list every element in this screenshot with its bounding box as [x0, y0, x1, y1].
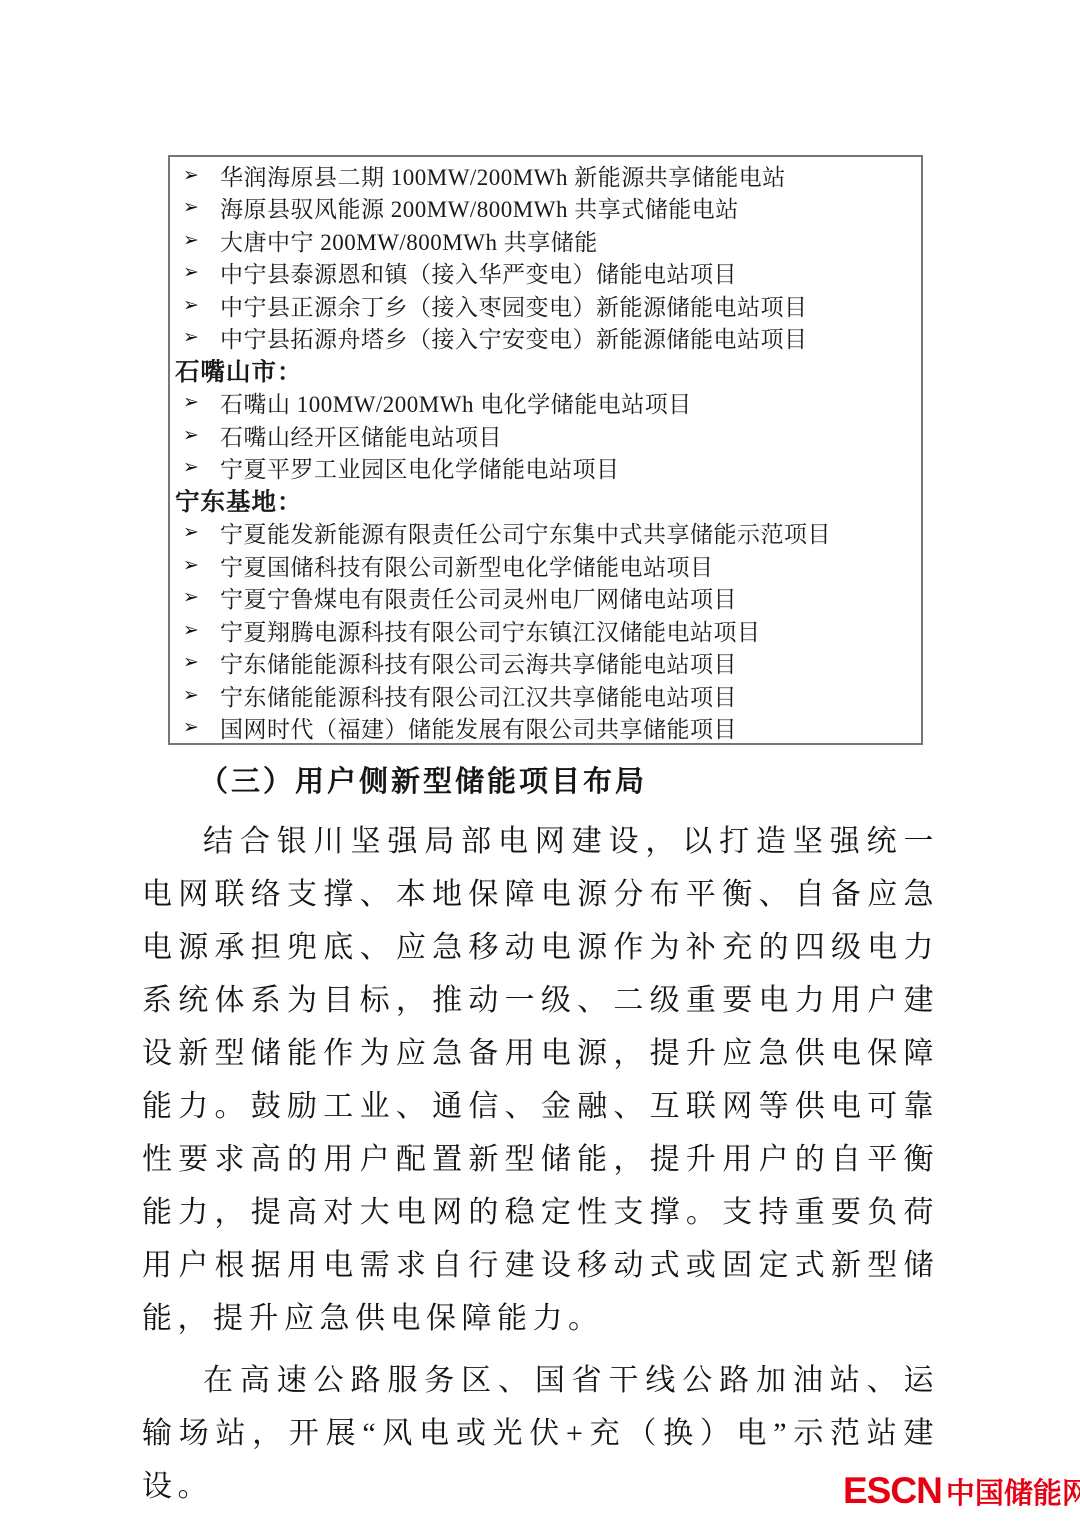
- arrow-bullet-icon: ➢: [183, 263, 220, 282]
- list-item-text: 宁夏宁鲁煤电有限责任公司灵州电厂网储电站项目: [220, 582, 737, 615]
- list-item: ➢ 宁东储能能源科技有限公司江汉共享储能电站项目: [170, 679, 921, 712]
- list-item: ➢ 宁夏国储科技有限公司新型电化学储能电站项目: [170, 549, 921, 582]
- arrow-bullet-icon: ➢: [183, 523, 220, 542]
- escn-logo-latin: ESCN: [843, 1472, 942, 1509]
- paragraph: 结合银川坚强局部电网建设，以打造坚强统一电网联络支撑、本地保障电源分布平衡、自备…: [142, 815, 939, 1345]
- list-item-text: 国网时代（福建）储能发展有限公司共享储能项目: [220, 712, 737, 745]
- list-item-text: 华润海原县二期 100MW/200MWh 新能源共享储能电站: [220, 159, 786, 192]
- arrow-bullet-icon: ➢: [183, 198, 220, 217]
- body-content: （三）用户侧新型储能项目布局 结合银川坚强局部电网建设，以打造坚强统一电网联络支…: [142, 757, 939, 1513]
- arrow-bullet-icon: ➢: [183, 426, 220, 445]
- list-item: ➢ 中宁县拓源舟塔乡（接入宁安变电）新能源储能电站项目: [170, 322, 921, 355]
- arrow-bullet-icon: ➢: [183, 393, 220, 412]
- project-list-box: ➢ 华润海原县二期 100MW/200MWh 新能源共享储能电站 ➢ 海原县驭风…: [168, 155, 923, 745]
- escn-logo-chinese: 中国储能网: [946, 1480, 1080, 1509]
- list-item-text: 宁夏平罗工业园区电化学储能电站项目: [220, 452, 620, 485]
- arrow-bullet-icon: ➢: [183, 458, 220, 477]
- arrow-bullet-icon: ➢: [183, 231, 220, 250]
- arrow-bullet-icon: ➢: [183, 653, 220, 672]
- escn-logo: ESCN 中国储能网: [843, 1472, 1080, 1509]
- list-item-text: 中宁县泰源恩和镇（接入华严变电）储能电站项目: [220, 257, 737, 290]
- list-item-text: 宁夏能发新能源有限责任公司宁东集中式共享储能示范项目: [220, 517, 831, 550]
- list-item: ➢ 宁夏翔腾电源科技有限公司宁东镇江汉储能电站项目: [170, 614, 921, 647]
- list-item-text: 宁东储能能源科技有限公司云海共享储能电站项目: [220, 647, 737, 680]
- arrow-bullet-icon: ➢: [183, 166, 220, 185]
- list-item: ➢ 石嘴山 100MW/200MWh 电化学储能电站项目: [170, 387, 921, 420]
- list-item: ➢ 中宁县正源余丁乡（接入枣园变电）新能源储能电站项目: [170, 289, 921, 322]
- section-heading: （三）用户侧新型储能项目布局: [142, 757, 939, 807]
- list-section-header-text: 石嘴山市：: [175, 354, 303, 387]
- arrow-bullet-icon: ➢: [183, 718, 220, 737]
- list-item-text: 海原县驭风能源 200MW/800MWh 共享式储能电站: [220, 192, 739, 225]
- list-item-text: 宁东储能能源科技有限公司江汉共享储能电站项目: [220, 679, 737, 712]
- list-item-text: 石嘴山 100MW/200MWh 电化学储能电站项目: [220, 387, 692, 420]
- list-section-header: 石嘴山市：: [170, 354, 921, 387]
- list-item: ➢ 宁夏能发新能源有限责任公司宁东集中式共享储能示范项目: [170, 517, 921, 550]
- arrow-bullet-icon: ➢: [183, 686, 220, 705]
- list-item: ➢ 国网时代（福建）储能发展有限公司共享储能项目: [170, 712, 921, 745]
- list-section-header: 宁东基地：: [170, 484, 921, 517]
- list-item: ➢ 华润海原县二期 100MW/200MWh 新能源共享储能电站: [170, 159, 921, 192]
- paragraph: 在高速公路服务区、国省干线公路加油站、运输场站，开展“风电或光伏+充（换）电”示…: [142, 1354, 939, 1513]
- list-item-text: 宁夏国储科技有限公司新型电化学储能电站项目: [220, 549, 714, 582]
- list-item: ➢ 大唐中宁 200MW/800MWh 共享储能: [170, 224, 921, 257]
- list-item-text: 大唐中宁 200MW/800MWh 共享储能: [220, 224, 598, 257]
- list-section-header-text: 宁东基地：: [175, 484, 303, 517]
- list-item: ➢ 石嘴山经开区储能电站项目: [170, 419, 921, 452]
- list-item: ➢ 宁东储能能源科技有限公司云海共享储能电站项目: [170, 647, 921, 680]
- list-item: ➢ 海原县驭风能源 200MW/800MWh 共享式储能电站: [170, 192, 921, 225]
- list-item: ➢ 宁夏平罗工业园区电化学储能电站项目: [170, 452, 921, 485]
- document-page: ➢ 华润海原县二期 100MW/200MWh 新能源共享储能电站 ➢ 海原县驭风…: [0, 0, 1080, 1527]
- arrow-bullet-icon: ➢: [183, 328, 220, 347]
- list-item: ➢ 宁夏宁鲁煤电有限责任公司灵州电厂网储电站项目: [170, 582, 921, 615]
- list-item-text: 石嘴山经开区储能电站项目: [220, 419, 502, 452]
- list-item-text: 中宁县正源余丁乡（接入枣园变电）新能源储能电站项目: [220, 289, 808, 322]
- list-item: ➢ 中宁县泰源恩和镇（接入华严变电）储能电站项目: [170, 257, 921, 290]
- arrow-bullet-icon: ➢: [183, 621, 220, 640]
- list-item-text: 宁夏翔腾电源科技有限公司宁东镇江汉储能电站项目: [220, 614, 761, 647]
- arrow-bullet-icon: ➢: [183, 296, 220, 315]
- list-item-text: 中宁县拓源舟塔乡（接入宁安变电）新能源储能电站项目: [220, 322, 808, 355]
- arrow-bullet-icon: ➢: [183, 588, 220, 607]
- arrow-bullet-icon: ➢: [183, 556, 220, 575]
